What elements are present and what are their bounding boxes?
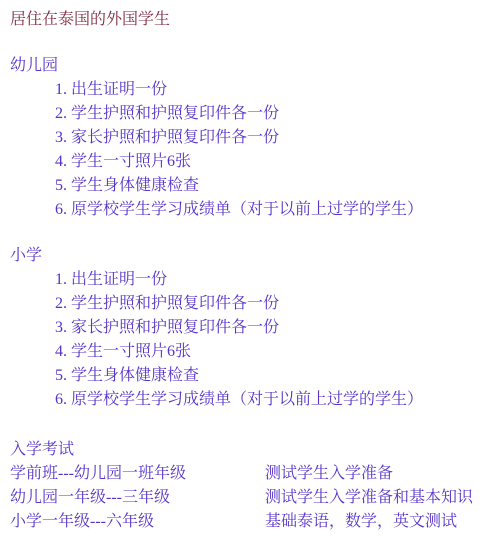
test-description-cell: 测试学生入学准备和基本知识 (265, 486, 480, 510)
section-heading-entrance-exam: 入学考试 (10, 438, 480, 462)
test-description-cell: 测试学生入学准备 (265, 462, 480, 486)
kindergarten-requirements-list: 1. 出生证明一份 2. 学生护照和护照复印件各一份 3. 家长护照和护照复印件… (55, 78, 480, 222)
list-item: 3. 家长护照和护照复印件各一份 (55, 316, 480, 340)
section-kindergarten: 幼儿园 1. 出生证明一份 2. 学生护照和护照复印件各一份 3. 家长护照和护… (10, 54, 480, 222)
primary-school-requirements-list: 1. 出生证明一份 2. 学生护照和护照复印件各一份 3. 家长护照和护照复印件… (55, 268, 480, 412)
list-item: 4. 学生一寸照片6张 (55, 340, 480, 364)
table-row: 幼儿园一年级---三年级 测试学生入学准备和基本知识 (10, 486, 480, 510)
list-item: 3. 家长护照和护照复印件各一份 (55, 126, 480, 150)
list-item: 6. 原学校学生学习成绩单（对于以前上过学的学生） (55, 388, 480, 412)
list-item: 4. 学生一寸照片6张 (55, 150, 480, 174)
section-primary-school: 小学 1. 出生证明一份 2. 学生护照和护照复印件各一份 3. 家长护照和护照… (10, 244, 480, 412)
test-description-cell: 基础泰语，数学，英文测试 (265, 510, 480, 534)
list-item: 1. 出生证明一份 (55, 78, 480, 102)
section-heading-primary-school: 小学 (10, 244, 480, 268)
list-item: 2. 学生护照和护照复印件各一份 (55, 102, 480, 126)
list-item: 2. 学生护照和护照复印件各一份 (55, 292, 480, 316)
grade-range-cell: 幼儿园一年级---三年级 (10, 486, 265, 510)
entrance-exam-table: 学前班---幼儿园一班年级 测试学生入学准备 幼儿园一年级---三年级 测试学生… (10, 462, 480, 534)
list-item: 1. 出生证明一份 (55, 268, 480, 292)
list-item: 5. 学生身体健康检查 (55, 174, 480, 198)
page-title: 居住在泰国的外国学生 (10, 8, 480, 32)
section-heading-kindergarten: 幼儿园 (10, 54, 480, 78)
table-row: 小学一年级---六年级 基础泰语，数学，英文测试 (10, 510, 480, 534)
grade-range-cell: 学前班---幼儿园一班年级 (10, 462, 265, 486)
grade-range-cell: 小学一年级---六年级 (10, 510, 265, 534)
document-page: 居住在泰国的外国学生 幼儿园 1. 出生证明一份 2. 学生护照和护照复印件各一… (0, 0, 486, 538)
list-item: 5. 学生身体健康检查 (55, 364, 480, 388)
list-item: 6. 原学校学生学习成绩单（对于以前上过学的学生） (55, 198, 480, 222)
table-row: 学前班---幼儿园一班年级 测试学生入学准备 (10, 462, 480, 486)
section-entrance-exam: 入学考试 学前班---幼儿园一班年级 测试学生入学准备 幼儿园一年级---三年级… (10, 438, 480, 534)
